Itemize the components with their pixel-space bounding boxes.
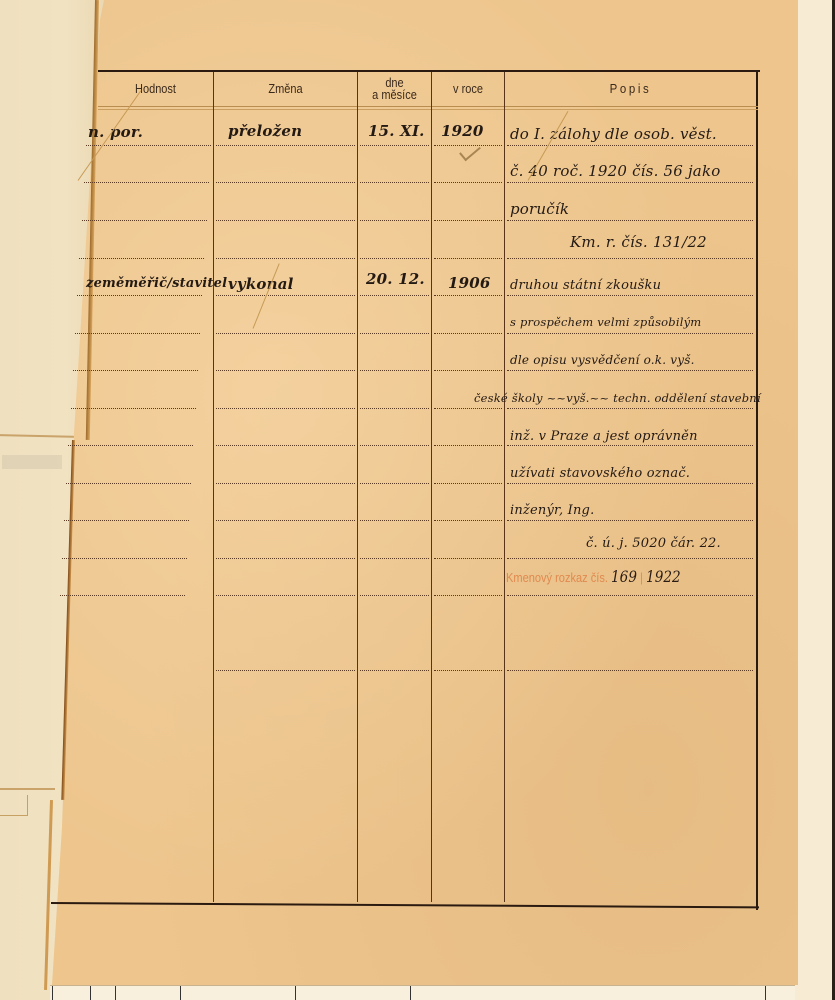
entry-2-popis-line: inž. v Praze a jest oprávněn xyxy=(510,429,698,444)
row-dotted-line xyxy=(360,483,429,484)
row-dotted-line xyxy=(216,670,355,671)
row-dotted-line xyxy=(216,558,355,559)
row-dotted-line xyxy=(84,182,209,183)
entry-1-zmena: přeložen xyxy=(228,122,302,140)
row-dotted-line xyxy=(507,558,753,559)
row-dotted-line xyxy=(82,220,207,221)
row-dotted-line xyxy=(216,445,355,446)
header-v-roce: v roce xyxy=(436,72,499,106)
table-right-rule xyxy=(756,70,758,910)
entry-2-popis-line: inženýr, Ing. xyxy=(510,503,594,518)
row-dotted-line xyxy=(360,370,429,371)
entry-2-popis-line: užívati stavovského označ. xyxy=(510,466,690,481)
entry-2-popis-line: druhou státní zkoušku xyxy=(510,278,661,293)
paper-fold xyxy=(0,434,78,438)
row-dotted-line xyxy=(216,483,355,484)
row-dotted-line xyxy=(434,595,502,596)
underlying-page-right xyxy=(795,0,835,1000)
entry-2-popis-line: české školy ~~vyš.~~ techn. oddělení sta… xyxy=(474,391,761,405)
row-dotted-line xyxy=(507,220,753,221)
row-dotted-line xyxy=(507,258,753,259)
row-dotted-line xyxy=(71,408,196,409)
row-dotted-line xyxy=(507,182,753,183)
row-dotted-line xyxy=(216,145,355,146)
row-dotted-line xyxy=(79,258,204,259)
row-dotted-line xyxy=(434,408,502,409)
pencil-check-mark xyxy=(459,141,481,162)
row-dotted-line xyxy=(507,445,753,446)
row-dotted-line xyxy=(360,182,429,183)
kmenovy-rozkaz-stamp: Kmenový rozkaz čís. 169 | 1922 xyxy=(506,567,681,586)
entry-2-popis-line: s prospěchem velmi způsobilým xyxy=(510,315,701,329)
row-dotted-line xyxy=(434,483,502,484)
row-dotted-line xyxy=(216,258,355,259)
row-dotted-line xyxy=(434,520,502,521)
column-divider xyxy=(213,72,214,902)
row-dotted-line xyxy=(86,145,211,146)
row-dotted-line xyxy=(62,558,187,559)
row-dotted-line xyxy=(216,520,355,521)
row-dotted-line xyxy=(434,370,502,371)
row-dotted-line xyxy=(360,595,429,596)
row-dotted-line xyxy=(216,333,355,334)
entry-2-date: 20. 12. xyxy=(366,270,425,288)
entry-1-popis-line: č. 40 roč. 1920 čís. 56 jako xyxy=(510,162,720,180)
faded-print xyxy=(2,455,62,469)
row-dotted-line xyxy=(77,295,202,296)
entry-1-popis-line: Km. r. čís. 131/22 xyxy=(570,233,707,251)
row-dotted-line xyxy=(68,445,193,446)
header-rule xyxy=(98,109,758,110)
entry-1-year: 1920 xyxy=(441,122,484,140)
header-rule xyxy=(98,106,758,107)
paper-fold xyxy=(0,788,55,790)
column-divider xyxy=(357,72,358,902)
row-dotted-line xyxy=(216,408,355,409)
row-dotted-line xyxy=(434,220,502,221)
row-dotted-line xyxy=(360,258,429,259)
row-dotted-line xyxy=(434,670,502,671)
entry-2-year: 1906 xyxy=(448,274,491,292)
row-dotted-line xyxy=(507,370,753,371)
entry-1-popis-line: do I. zálohy dle osob. věst. xyxy=(510,125,717,143)
entry-1-date: 15. XI. xyxy=(368,122,425,140)
row-dotted-line xyxy=(434,182,502,183)
entry-1-popis-line: poručík xyxy=(510,200,569,218)
row-dotted-line xyxy=(360,558,429,559)
row-dotted-line xyxy=(434,295,502,296)
row-dotted-line xyxy=(360,295,429,296)
row-dotted-line xyxy=(60,595,185,596)
row-dotted-line xyxy=(360,333,429,334)
row-dotted-line xyxy=(66,483,191,484)
row-dotted-line xyxy=(75,333,200,334)
row-dotted-line xyxy=(216,595,355,596)
row-dotted-line xyxy=(216,295,355,296)
table-bottom-rule xyxy=(51,902,759,908)
row-dotted-line xyxy=(73,370,198,371)
row-dotted-line xyxy=(360,445,429,446)
row-dotted-line xyxy=(434,258,502,259)
row-dotted-line xyxy=(507,408,753,409)
row-dotted-line xyxy=(434,333,502,334)
header-popis: Popis xyxy=(520,72,741,106)
row-dotted-line xyxy=(64,520,189,521)
entry-2-popis-line: č. ú. j. 5020 čár. 22. xyxy=(586,536,721,551)
header-zmena: Změna xyxy=(223,72,349,106)
row-dotted-line xyxy=(360,520,429,521)
entry-2-popis-line: dle opisu vysvědčení o.k. vyš. xyxy=(510,353,695,367)
row-dotted-line xyxy=(216,182,355,183)
column-divider xyxy=(431,72,432,902)
row-dotted-line xyxy=(507,595,753,596)
paper-tab-edge xyxy=(0,795,28,816)
underlying-page-bottom xyxy=(50,985,795,1000)
service-record-table: Hodnost Změna dne a měsíce v roce Popis … xyxy=(98,70,758,910)
column-divider xyxy=(504,72,505,902)
entry-2-hodnost: zeměměřič/stavitel xyxy=(86,276,227,291)
row-dotted-line xyxy=(507,333,753,334)
row-dotted-line xyxy=(216,370,355,371)
row-dotted-line xyxy=(507,670,753,671)
row-dotted-line xyxy=(434,445,502,446)
row-dotted-line xyxy=(360,145,429,146)
row-dotted-line xyxy=(434,558,502,559)
row-dotted-line xyxy=(360,220,429,221)
header-dne-a-mesice: dne a měsíce xyxy=(362,72,426,106)
row-dotted-line xyxy=(507,483,753,484)
header-hodnost: Hodnost xyxy=(105,72,206,106)
row-dotted-line xyxy=(507,520,753,521)
row-dotted-line xyxy=(360,670,429,671)
row-dotted-line xyxy=(507,145,753,146)
row-dotted-line xyxy=(507,295,753,296)
row-dotted-line xyxy=(216,220,355,221)
pencil-stroke xyxy=(253,263,280,328)
entry-2-zmena: vykonal xyxy=(228,275,294,293)
row-dotted-line xyxy=(360,408,429,409)
